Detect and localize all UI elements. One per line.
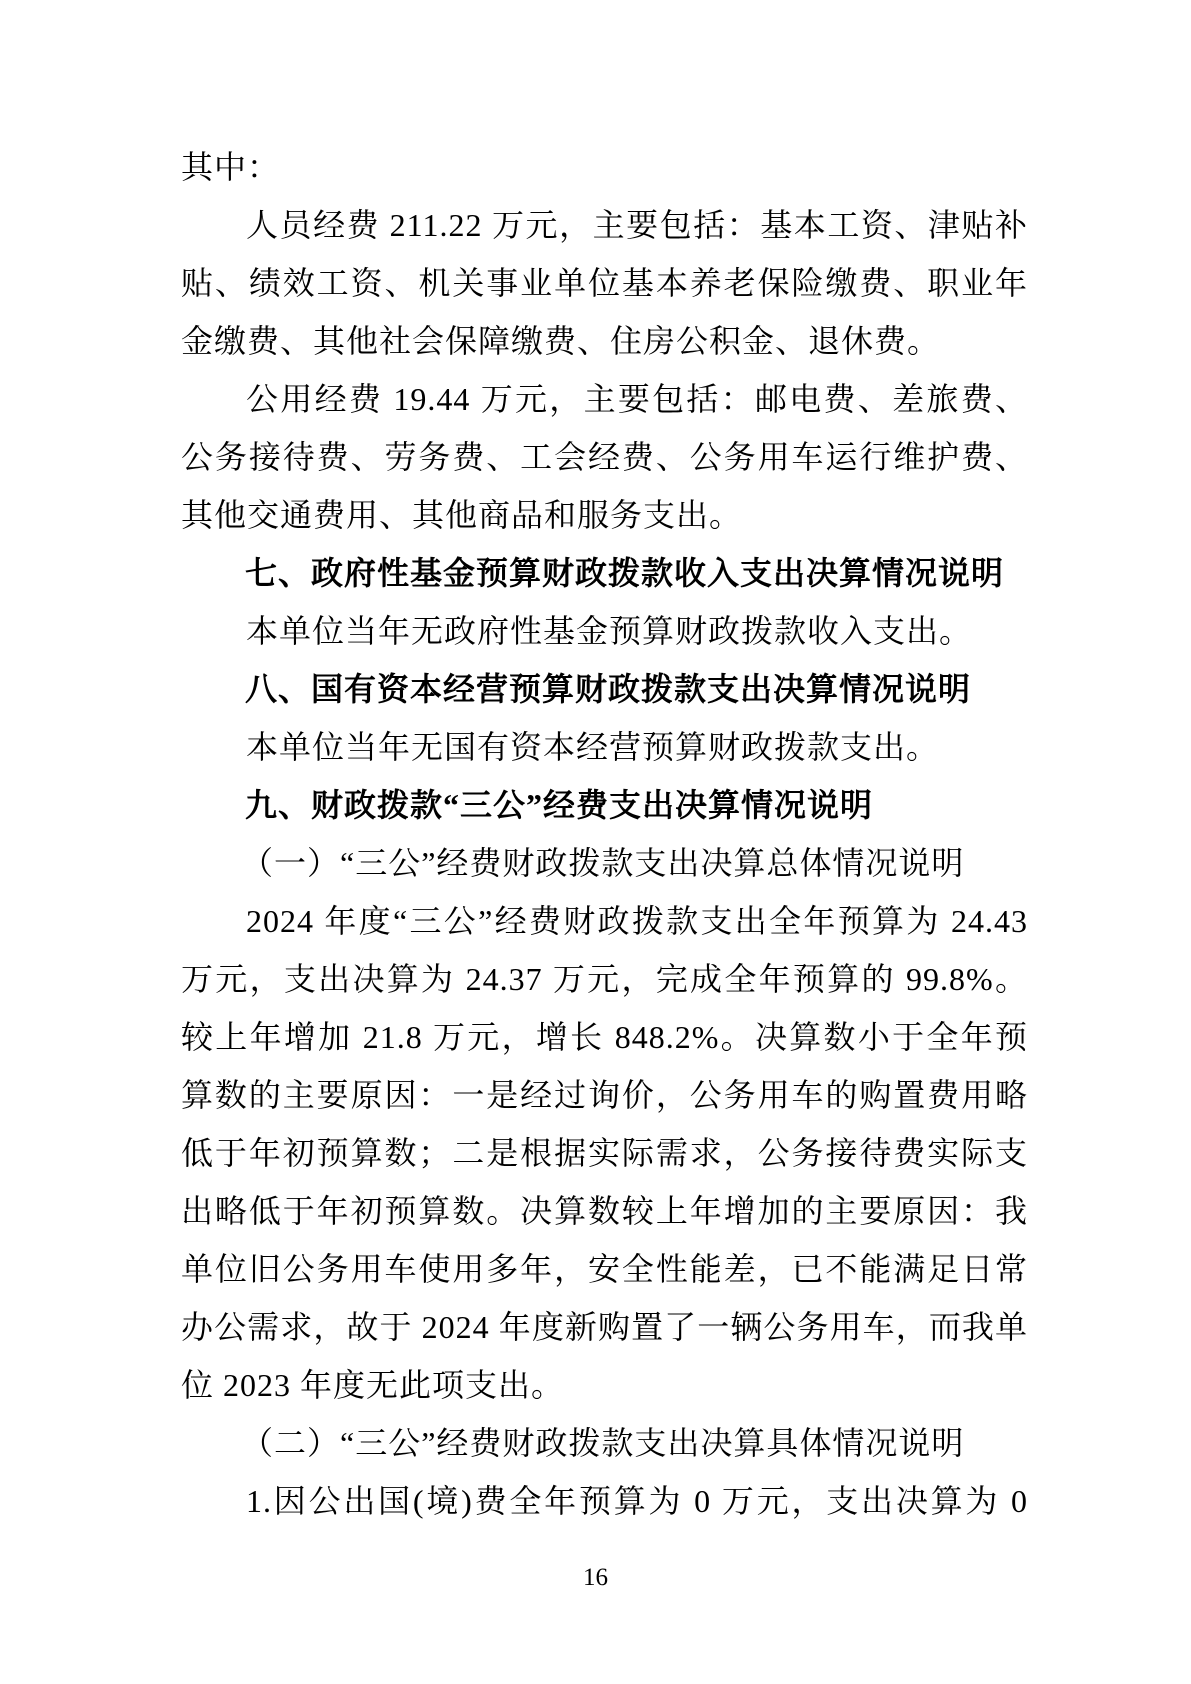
paragraph-public-expense: 公用经费 19.44 万元，主要包括：邮电费、差旅费、公务接待费、劳务费、工会经… — [181, 370, 1028, 544]
subheading-section-9-1: （一）“三公”经费财政拨款支出决算总体情况说明 — [181, 834, 1028, 892]
heading-section-8: 八、国有资本经营预算财政拨款支出决算情况说明 — [181, 660, 1028, 718]
paragraph-section-8-body: 本单位当年无国有资本经营预算财政拨款支出。 — [181, 718, 1028, 776]
paragraph-section-9-2-body: 1.因公出国(境)费全年预算为 0 万元，支出决算为 0 — [181, 1472, 1028, 1530]
page-content: 其中： 人员经费 211.22 万元，主要包括：基本工资、津贴补贴、绩效工资、机… — [181, 138, 1028, 1530]
heading-section-9: 九、财政拨款“三公”经费支出决算情况说明 — [181, 776, 1028, 834]
paragraph-personnel-expense: 人员经费 211.22 万元，主要包括：基本工资、津贴补贴、绩效工资、机关事业单… — [181, 196, 1028, 370]
subheading-section-9-2: （二）“三公”经费财政拨款支出决算具体情况说明 — [181, 1414, 1028, 1472]
paragraph-section-9-1-body: 2024 年度“三公”经费财政拨款支出全年预算为 24.43 万元，支出决算为 … — [181, 892, 1028, 1414]
paragraph-lead-in: 其中： — [181, 138, 1028, 196]
document-page: 其中： 人员经费 211.22 万元，主要包括：基本工资、津贴补贴、绩效工资、机… — [0, 0, 1191, 1684]
paragraph-section-7-body: 本单位当年无政府性基金预算财政拨款收入支出。 — [181, 602, 1028, 660]
heading-section-7: 七、政府性基金预算财政拨款收入支出决算情况说明 — [181, 544, 1028, 602]
page-number: 16 — [0, 1564, 1191, 1592]
